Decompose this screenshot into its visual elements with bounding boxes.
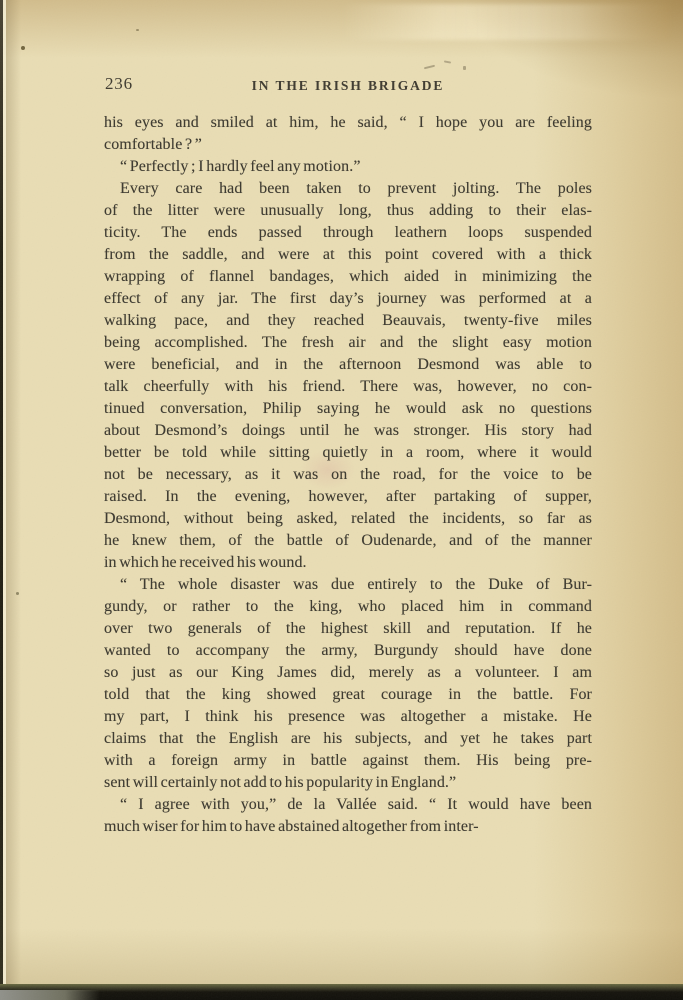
running-title: IN THE IRISH BRIGADE <box>104 74 592 94</box>
book-page-scan: 236 IN THE IRISH BRIGADE his eyes and sm… <box>0 0 683 1000</box>
text-line: ticity. The ends passed through leathern… <box>104 222 592 244</box>
text-line: over two generals of the highest skill a… <box>104 618 592 640</box>
text-line: so just as our King James did, merely as… <box>104 662 592 684</box>
text-line: sent will certainly not add to his popul… <box>104 772 592 794</box>
text-line: raised. In the evening, however, after p… <box>104 486 592 508</box>
text-line: comfortable ? ” <box>104 134 592 156</box>
text-line: wrapping of flannel bandages, which aide… <box>104 266 592 288</box>
pencil-mark <box>463 66 466 70</box>
bottom-shadow-band <box>0 928 683 986</box>
text-line: in which he received his wound. <box>104 552 592 574</box>
pencil-mark <box>444 60 451 63</box>
text-line: his eyes and smiled at him, he said, “ I… <box>104 112 592 134</box>
text-line: gundy, or rather to the king, who placed… <box>104 596 592 618</box>
text-line: from the saddle, and were at this point … <box>104 244 592 266</box>
text-line: talk cheerfully with his friend. There w… <box>104 376 592 398</box>
running-head: 236 IN THE IRISH BRIGADE <box>104 74 592 96</box>
text-line: Every care had been taken to prevent jol… <box>104 178 592 200</box>
text-line: effect of any jar. The first day’s journ… <box>104 288 592 310</box>
text-line: “ I agree with you,” de la Vallée said. … <box>104 794 592 816</box>
text-line: “ The whole disaster was due entirely to… <box>104 574 592 596</box>
text-line: being accomplished. The fresh air and th… <box>104 332 592 354</box>
text-line: with a foreign army in battle against th… <box>104 750 592 772</box>
page-number: 236 <box>105 74 133 94</box>
text-line: wanted to accompany the army, Burgundy s… <box>104 640 592 662</box>
body-text: his eyes and smiled at him, he said, “ I… <box>104 112 592 838</box>
text-line: my part, I think his presence was altoge… <box>104 706 592 728</box>
text-line: were beneficial, and in the afternoon De… <box>104 354 592 376</box>
ink-speck <box>21 46 25 50</box>
pencil-mark <box>424 65 435 70</box>
text-line: of the litter were unusually long, thus … <box>104 200 592 222</box>
text-line: not be necessary, as it was on the road,… <box>104 464 592 486</box>
left-gutter-shadow <box>6 0 21 1000</box>
text-line: “ Perfectly ; I hardly feel any motion.” <box>104 156 592 178</box>
text-line: Desmond, without being asked, related th… <box>104 508 592 530</box>
text-line: walking pace, and they reached Beauvais,… <box>104 310 592 332</box>
text-line: he knew them, of the battle of Oudenarde… <box>104 530 592 552</box>
bottom-page-edge <box>0 984 683 1000</box>
text-line: better be told while sitting quietly in … <box>104 442 592 464</box>
text-line: tinued conversation, Philip saying he wo… <box>104 398 592 420</box>
bottom-left-surface <box>0 990 100 1000</box>
text-line: much wiser for him to have abstained alt… <box>104 816 592 838</box>
text-line: told that the king showed great courage … <box>104 684 592 706</box>
ink-speck <box>136 29 139 31</box>
text-line: about Desmond’s doings until he was stro… <box>104 420 592 442</box>
text-line: claims that the English are his subjects… <box>104 728 592 750</box>
